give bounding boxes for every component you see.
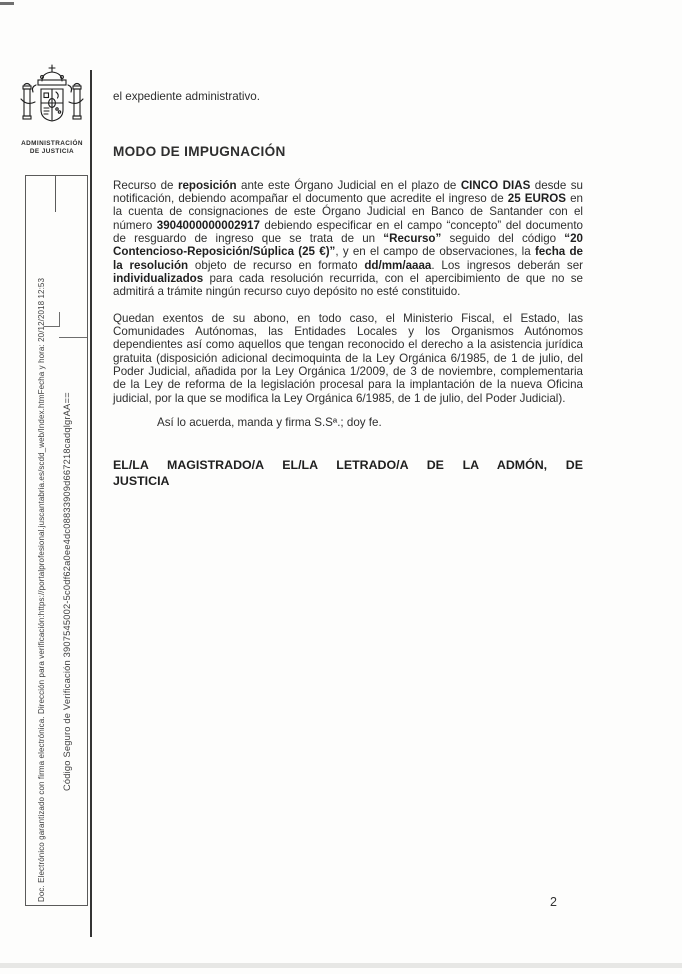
paragraph-exenciones: Quedan exentos de su abono, en todo caso… xyxy=(113,312,583,405)
page-bottom-edge xyxy=(0,963,682,968)
signature-titles: EL/LA MAGISTRADO/A EL/LA LETRADO/A DE LA… xyxy=(113,458,583,489)
verification-margin-box xyxy=(25,175,88,906)
margin-box-divider xyxy=(55,176,56,212)
electronic-signature-notice: Doc. Electrónico garantizado con firma e… xyxy=(37,278,46,902)
scan-artifact xyxy=(59,337,87,338)
verification-url-text: Doc. Electrónico garantizado con firma e… xyxy=(37,394,46,902)
scan-artifact xyxy=(0,2,14,5)
spain-coat-of-arms-icon xyxy=(15,64,89,138)
paragraph-recurso-reposicion: Recurso de reposición ante este Órgano J… xyxy=(113,179,583,299)
intro-line: el expediente administrativo. xyxy=(113,90,583,103)
scan-artifact xyxy=(59,312,60,327)
scan-artifact xyxy=(44,326,59,327)
org-name-line1: ADMINISTRACIÓN xyxy=(8,140,96,148)
org-name-line2: DE JUSTICIA xyxy=(8,148,96,156)
secure-verification-code: Código Seguro de Verificación 3907545002… xyxy=(62,392,72,791)
section-heading: MODO DE IMPUGNACIÓN xyxy=(113,144,583,159)
document-page: ADMINISTRACIÓN DE JUSTICIA Doc. Electrón… xyxy=(0,0,682,974)
closing-line: Así lo acuerda, manda y firma S.Sª.; doy… xyxy=(113,416,583,429)
org-name: ADMINISTRACIÓN DE JUSTICIA xyxy=(8,140,96,156)
page-number: 2 xyxy=(550,895,557,909)
vertical-separator xyxy=(90,70,92,937)
date-time-text: Fecha y hora: 20/12/2018 12:53 xyxy=(37,278,46,394)
